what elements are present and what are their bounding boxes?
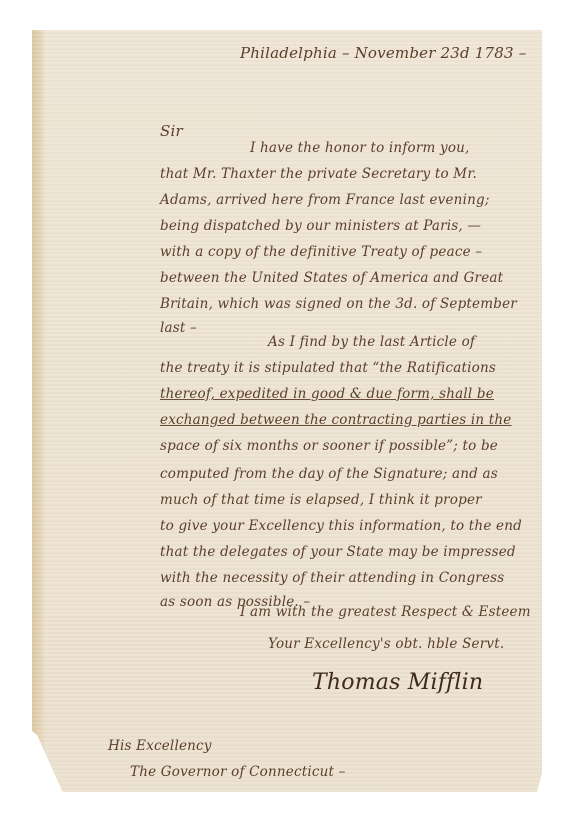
body-line: I have the honor to inform you, [250,140,470,156]
body-line: the treaty it is stipulated that “the Ra… [160,360,496,376]
body-line: As I find by the last Article of [268,334,475,350]
body-line: much of that time is elapsed, I think it… [160,492,482,508]
body-line: computed from the day of the Signature; … [160,466,498,482]
body-line: between the United States of America and… [160,270,503,286]
body-line: with the necessity of their attending in… [160,570,504,586]
body-line: last – [160,320,197,336]
body-line: with a copy of the definitive Treaty of … [160,244,482,260]
dateline: Philadelphia – November 23d 1783 – [240,44,526,62]
body-line: space of six months or sooner if possibl… [160,438,498,454]
closing-line: I am with the greatest Respect & Esteem [240,604,531,620]
body-line: that Mr. Thaxter the private Secretary t… [160,166,477,182]
body-line: that the delegates of your State may be … [160,544,516,560]
signature: Thomas Mifflin [312,670,483,695]
closing-line: Your Excellency's obt. hble Servt. [268,636,504,652]
body-line: Britain, which was signed on the 3d. of … [160,296,517,312]
addressee-line: The Governor of Connecticut – [130,764,346,780]
body-line: Adams, arrived here from France last eve… [160,192,490,208]
body-line: to give your Excellency this information… [160,518,522,534]
body-line: being dispatched by our ministers at Par… [160,218,481,234]
body-line-underlined: thereof, expedited in good & due form, s… [160,386,494,402]
body-line-underlined: exchanged between the contracting partie… [160,412,512,428]
addressee-line: His Excellency [108,738,212,754]
salutation: Sir [160,122,183,140]
